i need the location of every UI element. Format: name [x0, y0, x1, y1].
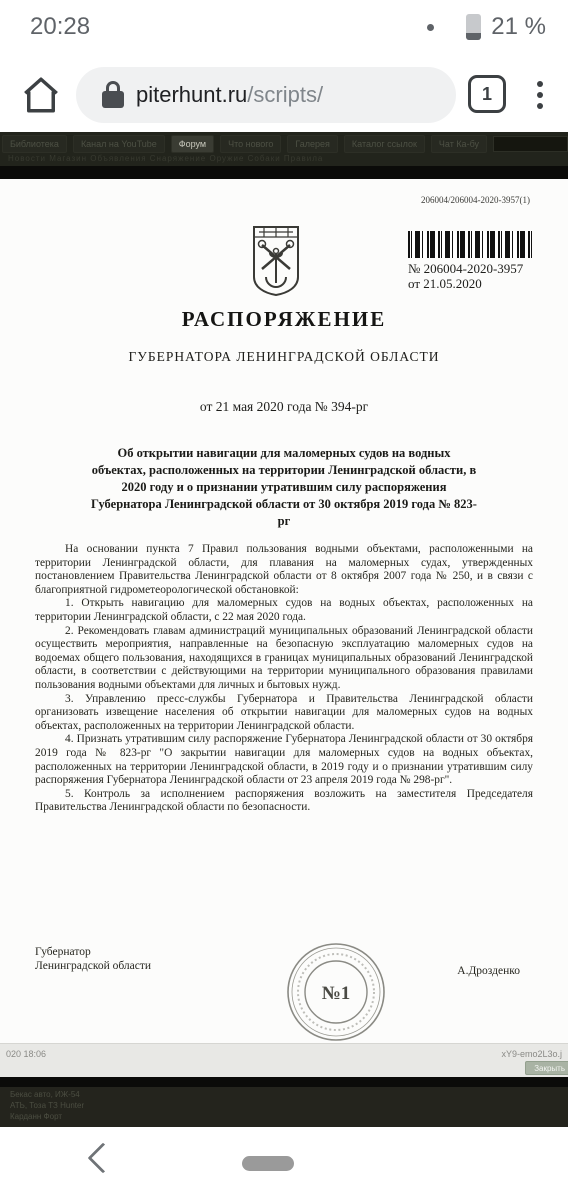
lock-icon: [102, 81, 124, 109]
browser-toolbar: piterhunt.ru/scripts/ 1: [0, 60, 568, 132]
tab-switcher-button[interactable]: 1: [468, 75, 506, 113]
forum-signature-text: Бекас авто, ИЖ-54 АТЬ, Тоза ТЗ Hunter Ка…: [10, 1089, 84, 1122]
paragraph-item-5: 5. Контроль за исполнением распоряжения …: [35, 788, 533, 815]
paragraph-item-4: 4. Признать утратившим силу распоряжение…: [35, 733, 533, 787]
status-bar: 20:28 21 %: [0, 0, 568, 60]
paragraph-item-2: 2. Рекомендовать главам администраций му…: [35, 625, 533, 693]
url-path: /scripts/: [247, 82, 323, 107]
document-subject: Об открытии навигации для маломерных суд…: [89, 445, 479, 530]
forum-tab-chat[interactable]: Чат Ка-бу: [431, 135, 487, 153]
document-body: На основании пункта 7 Правил пользования…: [35, 543, 533, 815]
forum-sub-links[interactable]: Новости Магазин Объявления Снаряжение Ор…: [8, 154, 568, 163]
notification-dot-icon: [427, 24, 434, 31]
divider-strip: [0, 166, 568, 179]
browser-menu-button[interactable]: [530, 75, 550, 115]
divider-strip: [0, 1077, 568, 1087]
forum-page-background: Бекас авто, ИЖ-54 АТЬ, Тоза ТЗ Hunter Ка…: [0, 1087, 568, 1127]
battery-percent: 21 %: [491, 13, 546, 41]
battery-icon: [466, 14, 481, 40]
home-gesture-pill[interactable]: [242, 1156, 294, 1171]
forum-tab-forum[interactable]: Форум: [171, 135, 214, 153]
paragraph-item-3: 3. Управлению пресс-службы Губернатора и…: [35, 693, 533, 734]
coat-of-arms-icon: [252, 225, 300, 297]
forum-tab-library[interactable]: Библиотека: [2, 135, 67, 153]
url-text: piterhunt.ru/scripts/: [136, 82, 323, 108]
document-date-line: от 21 мая 2020 года № 394-рг: [0, 399, 568, 415]
phone-screen: 20:28 21 % piterhunt.ru/scripts/ 1 Библи…: [0, 0, 568, 1200]
image-viewer-footer: 020 18:06 xY9-emo2L3o.j Закрыть: [0, 1043, 568, 1077]
document-ref-number: 206004/206004-2020-3957(1): [421, 195, 530, 205]
viewer-filename: xY9-emo2L3o.j: [501, 1049, 562, 1059]
home-icon[interactable]: [20, 74, 62, 116]
clock: 20:28: [30, 13, 90, 41]
forum-tab-links[interactable]: Каталог ссылок: [344, 135, 425, 153]
document-scan: 206004/206004-2020-3957(1) № 206004-2020…: [0, 179, 568, 1043]
paragraph-intro: На основании пункта 7 Правил пользования…: [35, 543, 533, 597]
close-button[interactable]: Закрыть: [525, 1061, 568, 1075]
back-button[interactable]: [87, 1142, 118, 1173]
forum-search-input[interactable]: [493, 136, 568, 152]
barcode: [408, 231, 532, 258]
viewer-timestamp: 020 18:06: [6, 1049, 46, 1059]
url-bar[interactable]: piterhunt.ru/scripts/: [76, 67, 456, 123]
official-stamp: №1: [283, 941, 389, 1043]
forum-tab-bar: Библиотека Канал на YouTube Форум Что но…: [0, 132, 568, 166]
document-number: № 206004-2020-3957: [408, 261, 523, 277]
document-number-date: от 21.05.2020: [408, 276, 482, 292]
signature-name: А.Дрозденко: [457, 965, 520, 977]
gesture-nav-bar: [0, 1127, 568, 1200]
forum-tab-youtube[interactable]: Канал на YouTube: [73, 135, 165, 153]
paragraph-item-1: 1. Открыть навигацию для маломерных судо…: [35, 597, 533, 624]
forum-tab-gallery[interactable]: Галерея: [287, 135, 338, 153]
document-title: РАСПОРЯЖЕНИЕ: [0, 307, 568, 332]
svg-text:№1: №1: [322, 983, 351, 1004]
signature-post: Губернатор Ленинградской области: [35, 945, 151, 973]
document-subtitle: ГУБЕРНАТОРА ЛЕНИНГРАДСКОЙ ОБЛАСТИ: [0, 349, 568, 365]
url-host: piterhunt.ru: [136, 82, 247, 107]
forum-tab-whatsnew[interactable]: Что нового: [220, 135, 281, 153]
